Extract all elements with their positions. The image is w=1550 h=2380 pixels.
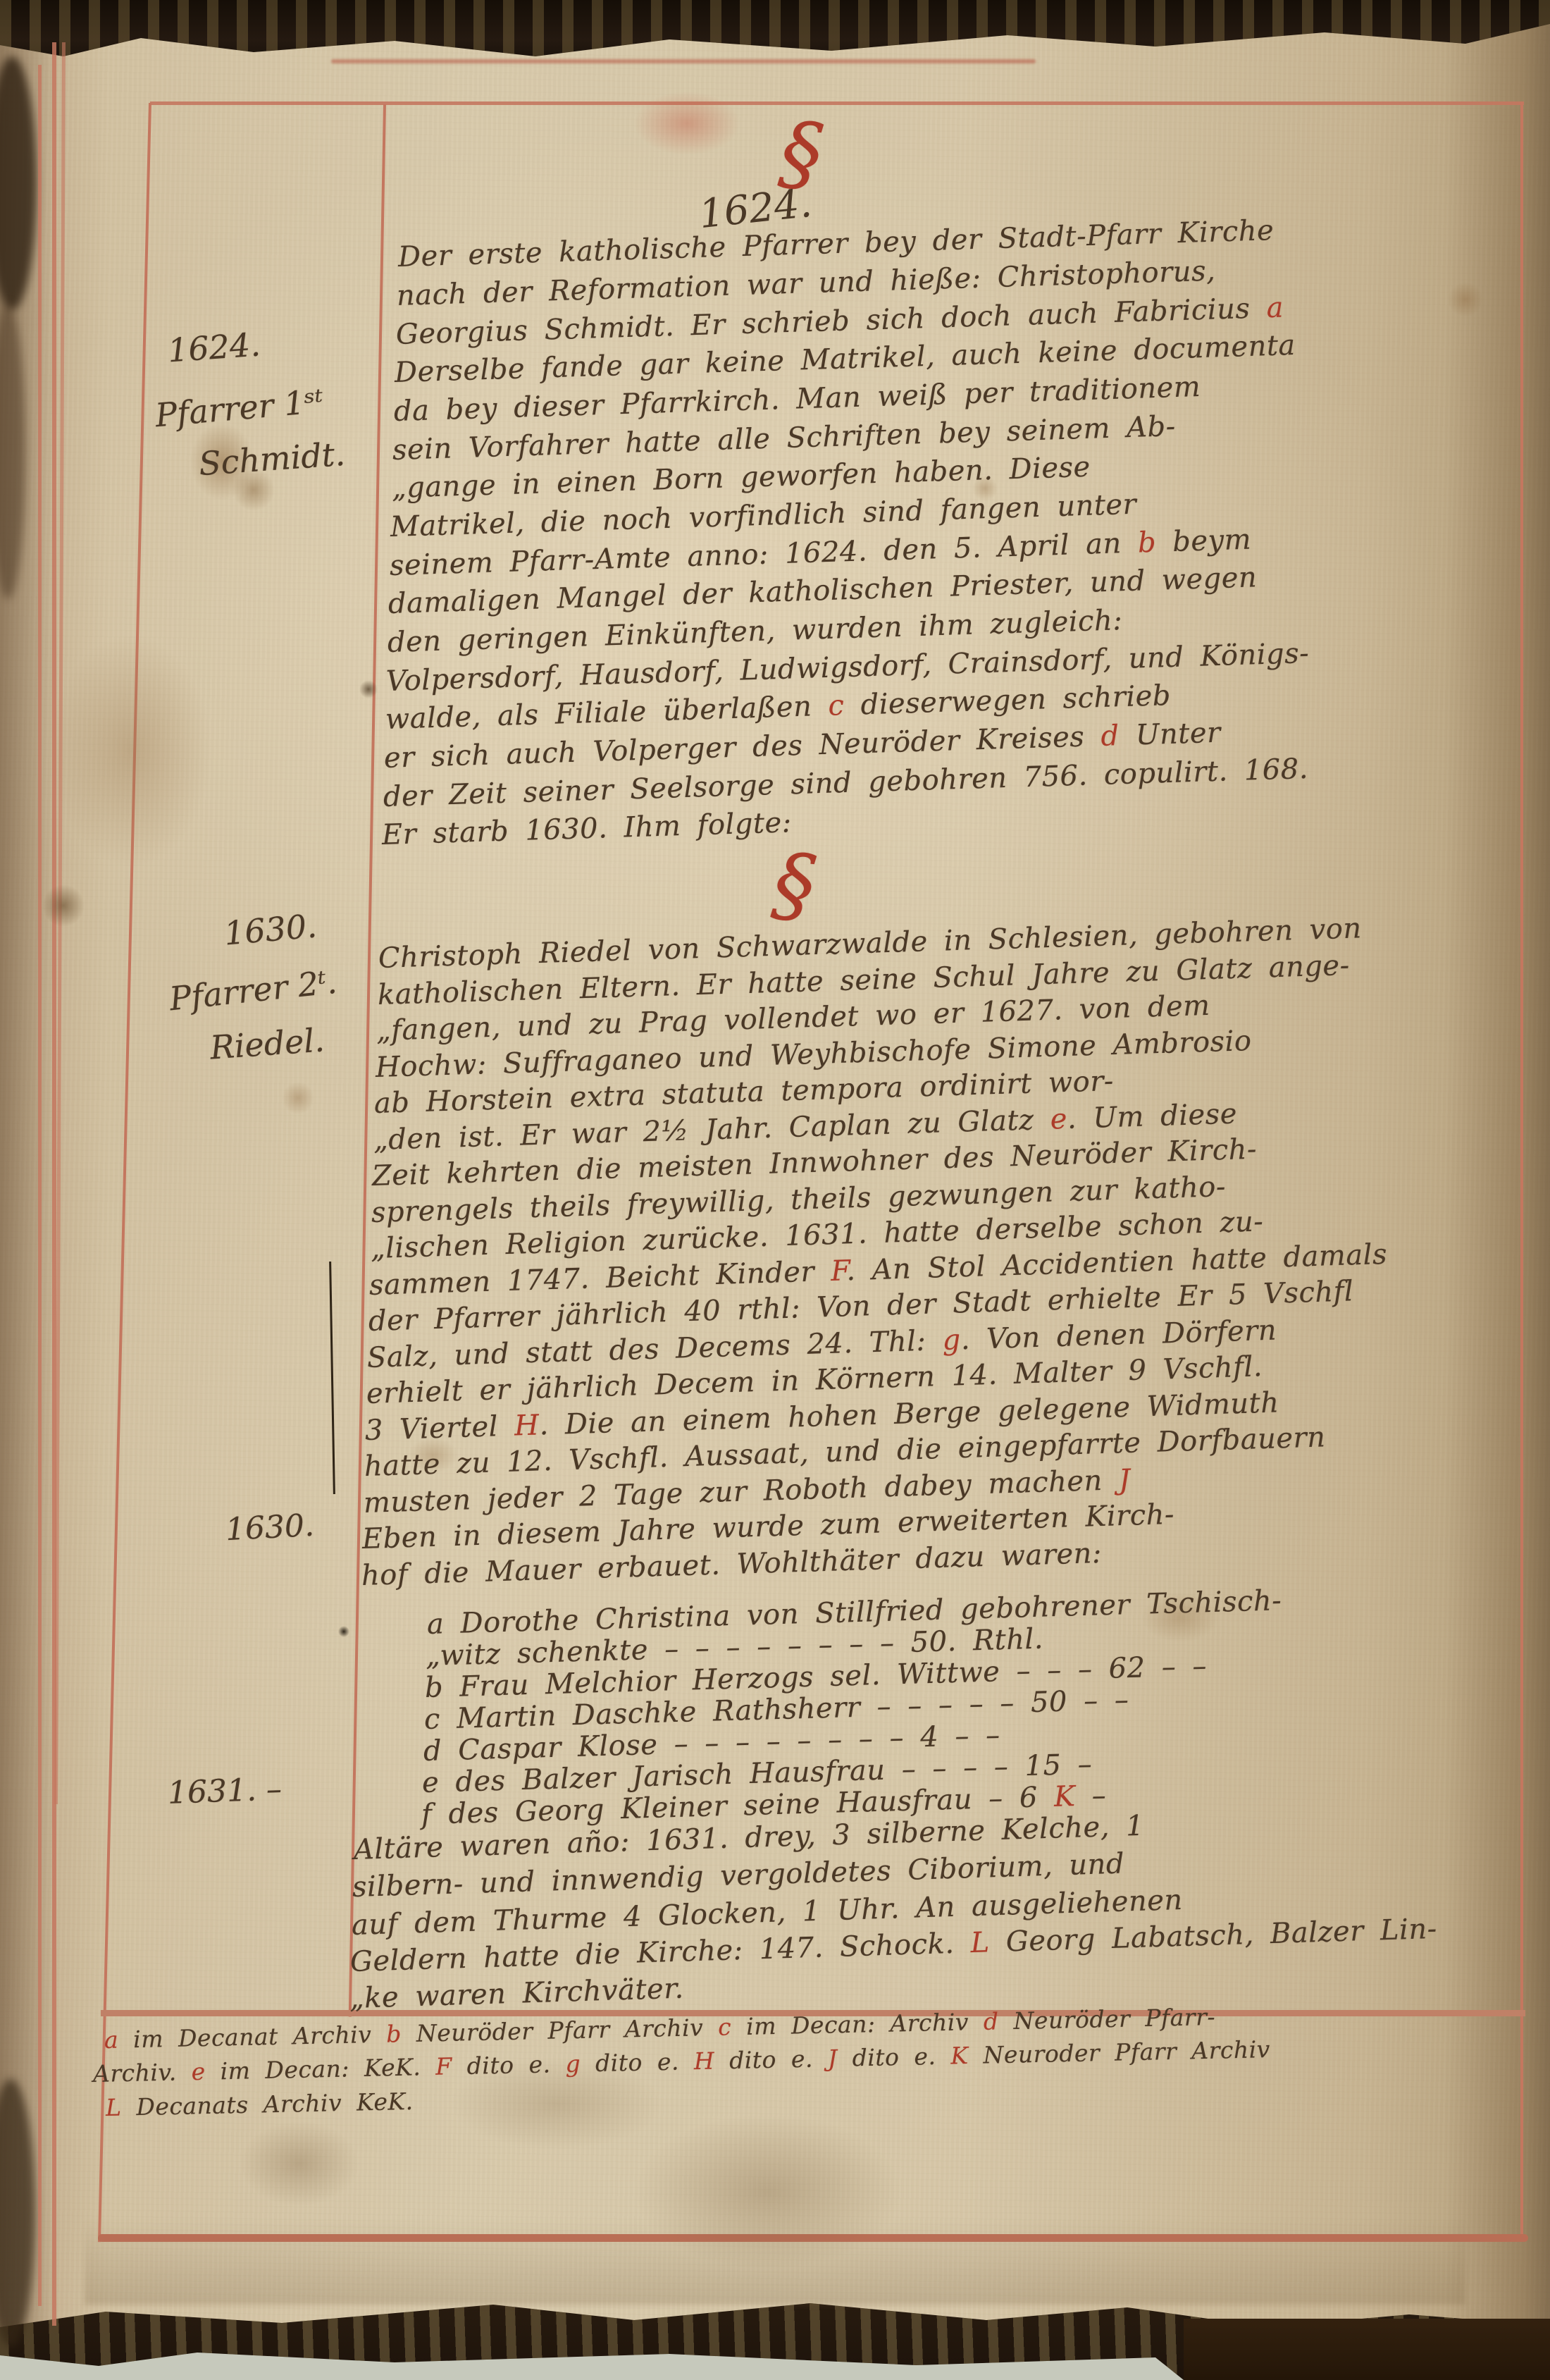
margin-note-schmidt: Schmidt. (198, 438, 346, 480)
margin-note-year: 1631. – (167, 1774, 282, 1809)
margin-note-pfarrer2: Pfarrer 2ᵗ. (168, 966, 338, 1016)
margin-note-pfarrer1: Pfarrer 1ˢᵗ (154, 385, 324, 432)
foxing-smudge (240, 2121, 359, 2206)
manuscript-page: § 1624. § 1624. Pfarrer 1ˢᵗ Schmidt. 163… (0, 0, 1550, 2380)
foxing-spot (282, 1082, 314, 1114)
bottom-dirt-smudge (85, 2220, 1465, 2305)
frame-right-rule (1520, 101, 1523, 2241)
stray-ink-stroke (329, 1262, 335, 1494)
margin-note-year: 1624. (167, 328, 262, 366)
body-line: Er starb 1630. Ihm folgte: (381, 808, 792, 849)
section-mark: § (769, 841, 819, 928)
page-edge-shadow (1444, 0, 1550, 2380)
margin-note-riedel: Riedel. (209, 1023, 325, 1063)
margin-note-year: 1630. (223, 909, 318, 949)
book-edge-top (0, 0, 1550, 67)
frame-top-rule (150, 101, 1524, 105)
frame-bottom-rule (98, 2234, 1528, 2242)
foxing-smudge (49, 634, 211, 867)
ink-blot (338, 1626, 349, 1637)
book-edge-bottom-corner (1184, 2319, 1550, 2380)
page-edge-rule (38, 65, 42, 2306)
red-stained-edge (331, 59, 1036, 63)
footnote-line: L Decanats Archiv KeK. (106, 2090, 414, 2119)
body-line: „ke waren Kirchväter. (349, 1975, 684, 2013)
page-edge-rule (52, 42, 56, 2326)
frame-left-rule (98, 103, 151, 2242)
margin-note-year: 1630. (225, 1510, 315, 1546)
